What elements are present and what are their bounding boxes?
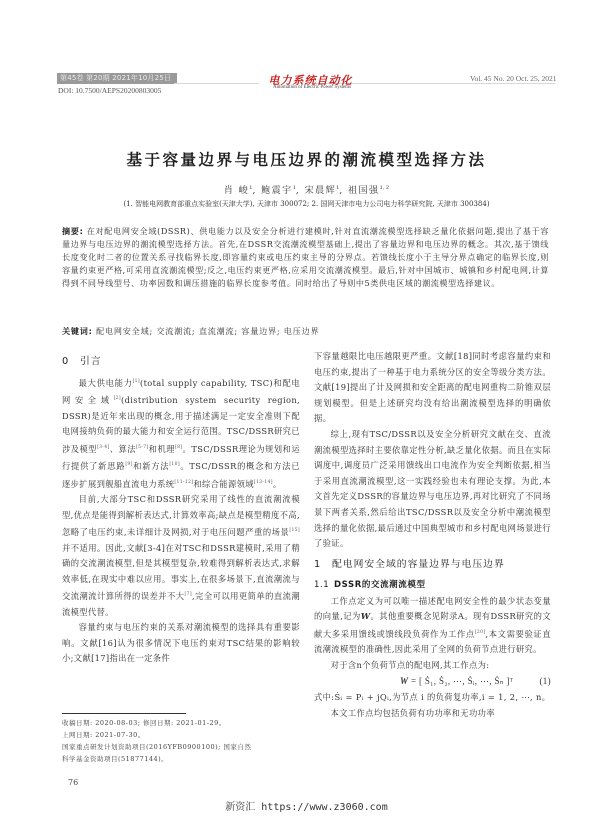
header-divider-left <box>174 83 259 84</box>
paragraph: 对于含n个负荷节点的配电网,其工作点为: <box>314 658 551 674</box>
math-symbol: W <box>361 611 371 621</box>
section-number: 1 <box>314 555 332 575</box>
author-name: 肖 峻 <box>224 186 249 196</box>
equation-1: W = [ Ṡ₁, Ṡ₂, ⋯, Ṡᵢ, ⋯, Ṡₙ ]ᵀ (1) <box>314 673 551 690</box>
author-affil-mark: 1 <box>249 185 252 191</box>
paragraph: 下容量越限比电压越限更严重。文献[18]同时考虑容量约束和电压约束,提出了一种基… <box>314 349 551 427</box>
citation[interactable]: [15] <box>289 528 300 533</box>
paragraph: 目前,大部分TSC和DSSR研究采用了线性的直流潮流模型,优点是能得到解析表达式… <box>62 492 300 620</box>
author-affil-mark: 1 <box>336 185 339 191</box>
paragraph: 最大供电能力[1](total supply capability, TSC)和… <box>62 374 300 492</box>
section-title: 引言 <box>80 356 102 367</box>
equation-number: (1) <box>539 673 551 690</box>
left-column: 0引言 最大供电能力[1](total supply capability, T… <box>62 352 300 667</box>
citation[interactable]: [9] <box>125 462 132 467</box>
doi-link[interactable]: DOI: 10.7500/AEPS20200803005 <box>58 86 161 95</box>
keywords: 关键词: 配电网安全域; 交流潮流; 直流潮流; 容量边界; 电压边界 <box>62 326 549 337</box>
keywords-label: 关键词: <box>62 326 93 336</box>
online-date: 上网日期: 2021-07-30。 <box>62 729 302 741</box>
abstract-label: 摘要: <box>62 226 83 236</box>
equation-rhs: = [ Ṡ₁, Ṡ₂, ⋯, Ṡᵢ, ⋯, Ṡₙ ]ᵀ <box>408 676 513 686</box>
citation[interactable]: [1] <box>133 379 140 384</box>
paragraph: 容量约束与电压约束的关系对潮流模型的选择具有重要影响。文献[16]认为很多情况下… <box>62 620 300 667</box>
citation[interactable]: [20] <box>475 630 486 635</box>
citation[interactable]: [13-14] <box>254 480 273 485</box>
section-heading-intro: 0引言 <box>62 352 300 372</box>
section-title: 配电网安全域的容量边界与电压边界 <box>332 559 505 570</box>
page-number: 76 <box>68 778 78 787</box>
volume-info: Vol. 45 No. 20 Oct. 25, 2021 <box>470 74 557 83</box>
subsection-title: DSSR的交流潮流模型 <box>334 580 426 590</box>
footnote-divider <box>62 713 186 714</box>
paragraph: 本文工作点均包括负荷有功功率和无功功率 <box>314 706 551 722</box>
author-name: 鲍震宇 <box>261 186 293 196</box>
citation[interactable]: [2] <box>114 396 121 401</box>
issue-badge: 第45卷 第20期 2021年10月25日 <box>57 73 177 84</box>
author-affil-mark: 1 <box>293 185 296 191</box>
author-list: 肖 峻1, 鲍震宇1, 宋晨辉1, 祖国强1, 2 <box>0 183 613 196</box>
paragraph: 式中:Ṡᵢ = Pᵢ + jQᵢ,为节点 i 的负荷复功率,i = 1, 2, … <box>314 690 551 706</box>
citation[interactable]: [7] <box>185 592 192 597</box>
footnote: 收稿日期: 2020-08-03; 修回日期: 2021-01-29。 上网日期… <box>62 717 302 765</box>
citation[interactable]: [10] <box>169 462 180 467</box>
abstract: 摘要: 在对配电网安全域(DSSR)、供电能力以及安全分析进行建模时,针对直流潮… <box>62 225 549 290</box>
author-name: 宋晨辉 <box>305 186 337 196</box>
affiliations: (1. 智能电网教育部重点实验室(天津大学), 天津市 300072; 2. 国… <box>0 199 613 209</box>
citation[interactable]: [3-4] <box>97 445 110 450</box>
abstract-text: 在对配电网安全域(DSSR)、供电能力以及安全分析进行建模时,针对直流潮流模型选… <box>62 226 549 288</box>
keywords-text: 配电网安全域; 交流潮流; 直流潮流; 容量边界; 电压边界 <box>96 326 319 336</box>
subsection-heading-1-1: 1.1DSSR的交流潮流模型 <box>314 577 551 594</box>
journal-logo-en: Automation of Electric Power Systems <box>258 85 366 90</box>
author-affil-mark: 1, 2 <box>380 185 390 191</box>
right-column: 下容量越限比电压越限更严重。文献[18]同时考虑容量约束和电压约束,提出了一种基… <box>314 349 551 722</box>
section-heading-1: 1配电网安全域的容量边界与电压边界 <box>314 555 551 575</box>
paragraph: 综上,现有TSC/DSSR以及安全分析研究文献在交、直流潮流模型选择时主要依靠定… <box>314 427 551 552</box>
author-name: 祖国强 <box>348 186 380 196</box>
citation[interactable]: [5-7] <box>136 445 149 450</box>
paragraph: 工作点定义为可以唯一描述配电网安全性的最少状态变量的向量,记为W。其他重要概念见… <box>314 594 551 658</box>
funding-line: 国家重点研发计划资助项目(2016YFB0900100); 国家自然 <box>62 741 302 753</box>
funding-line: 科学基金资助项目(51877144)。 <box>62 753 302 765</box>
paper-title: 基于容量边界与电压边界的潮流模型选择方法 <box>0 148 613 170</box>
watermark: 新资汇 https://www.z3060.com <box>0 798 613 813</box>
subsection-number: 1.1 <box>314 577 334 594</box>
citation[interactable]: [11-12] <box>174 480 193 485</box>
section-number: 0 <box>62 352 80 372</box>
received-date: 收稿日期: 2020-08-03; 修回日期: 2021-01-29。 <box>62 717 302 729</box>
